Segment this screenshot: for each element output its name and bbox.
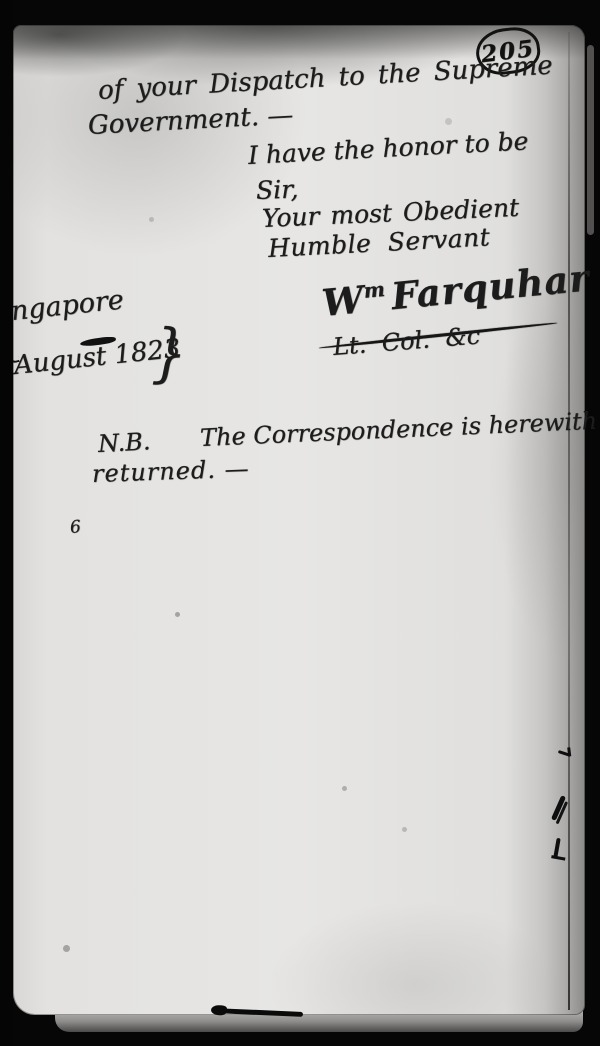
postscript-line-2: returned. — [92, 455, 250, 488]
signature-initial: W [320, 277, 367, 325]
postscript-label: N.B. [97, 427, 151, 458]
letter-paper [13, 25, 585, 1015]
signature-superscript: m [362, 277, 386, 303]
adjacent-page-sliver [587, 45, 594, 235]
page-fold-crease [568, 32, 570, 1010]
marginal-mark: 6 [69, 517, 82, 538]
body-line-4: Sir, [255, 175, 298, 205]
scan-left-border [0, 0, 13, 1046]
scanned-letter-page: 205 of your Dispatch to the Supreme Gove… [0, 0, 600, 1046]
dateline-brace: } [151, 316, 188, 391]
